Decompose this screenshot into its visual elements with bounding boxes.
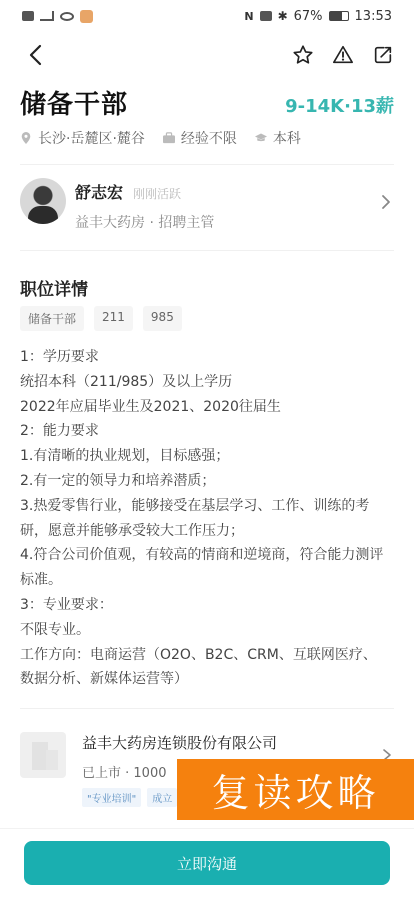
- experience-text: 经验不限: [181, 128, 237, 148]
- battery-icon: [329, 11, 349, 21]
- app-notification-icon: [80, 10, 93, 23]
- divider: [20, 164, 394, 165]
- nav-actions: [290, 40, 396, 70]
- clock: 13:53: [355, 9, 392, 24]
- description-line: 不限专业。: [20, 618, 390, 643]
- location: 长沙·岳麓区·麓谷: [20, 128, 145, 148]
- job-tags: 储备干部 211 985: [20, 306, 182, 331]
- favorite-button[interactable]: [290, 40, 316, 70]
- chat-now-button[interactable]: 立即沟通: [24, 841, 390, 885]
- company-info: 已上市 · 1000: [82, 762, 166, 781]
- recruiter-company-role: 益丰大药房 · 招聘主管: [75, 212, 214, 232]
- job-header: 储备干部 9-14K·13薪: [20, 84, 394, 124]
- nav-bar: [0, 38, 414, 74]
- description-line: 4.符合公司价值观，有较高的情商和逆境商，符合能力测评标准。: [20, 543, 390, 593]
- job-salary: 9-14K·13薪: [285, 92, 394, 118]
- description-line: 1：学历要求: [20, 345, 390, 370]
- bottom-bar: 立即沟通: [0, 828, 414, 898]
- description-line: 2022年应届毕业生及2021、2020往届生: [20, 395, 390, 420]
- alert-icon: [332, 44, 354, 66]
- company-tag: 成立: [147, 788, 177, 807]
- job-tag: 211: [94, 306, 133, 331]
- battery-percent: 67%: [294, 9, 323, 24]
- star-icon: [292, 44, 314, 66]
- divider: [20, 708, 394, 709]
- avatar: [20, 178, 66, 224]
- eye-icon: [60, 12, 74, 21]
- sim-icon: [22, 11, 34, 21]
- description-line: 工作方向：电商运营（O2O、B2C、CRM、互联网医疗、数据分析、新媒体运营等）: [20, 643, 390, 693]
- company-name: 益丰大药房连锁股份有限公司: [82, 732, 277, 753]
- company-tags: "专业培训" 成立: [82, 788, 177, 807]
- share-icon: [372, 44, 394, 66]
- status-bar: N ✱ 67% 13:53: [0, 0, 414, 32]
- briefcase-icon: [163, 132, 175, 144]
- job-tag: 储备干部: [20, 306, 84, 331]
- mute-icon: [260, 11, 272, 21]
- recruiter-card[interactable]: 舒志宏 刚刚活跃 益丰大药房 · 招聘主管: [20, 178, 394, 240]
- signal-icon: [40, 11, 54, 21]
- job-title: 储备干部: [20, 84, 128, 121]
- company-logo: [20, 732, 66, 778]
- description-line: 3.热爱零售行业，能够接受在基层学习、工作、训练的考研，愿意并能够承受较大工作压…: [20, 494, 390, 544]
- recruiter-name-line: 舒志宏 刚刚活跃: [75, 180, 181, 203]
- watermark-banner: 复读攻略: [177, 759, 414, 820]
- recruiter-status: 刚刚活跃: [133, 185, 181, 202]
- status-left: [22, 10, 93, 23]
- description-line: 1.有清晰的执业规划，目标感强；: [20, 444, 390, 469]
- nfc-icon: N: [244, 10, 253, 23]
- description-line: 统招本科（211/985）及以上学历: [20, 370, 390, 395]
- chevron-right-icon: [378, 194, 394, 210]
- chevron-left-icon: [28, 44, 42, 66]
- divider: [20, 250, 394, 251]
- recruiter-name: 舒志宏: [75, 180, 123, 203]
- education-text: 本科: [273, 128, 301, 148]
- section-title: 职位详情: [20, 275, 88, 300]
- share-button[interactable]: [370, 40, 396, 70]
- report-button[interactable]: [330, 40, 356, 70]
- description-line: 2.有一定的领导力和培养潜质；: [20, 469, 390, 494]
- status-right: N ✱ 67% 13:53: [244, 9, 392, 24]
- location-pin-icon: [20, 132, 32, 144]
- job-tag: 985: [143, 306, 182, 331]
- back-button[interactable]: [20, 40, 50, 70]
- description-line: 2：能力要求: [20, 419, 390, 444]
- company-tag: "专业培训": [82, 788, 141, 807]
- job-description: 1：学历要求 统招本科（211/985）及以上学历 2022年应届毕业生及202…: [20, 345, 390, 692]
- description-line: 3：专业要求：: [20, 593, 390, 618]
- bluetooth-icon: ✱: [278, 9, 288, 23]
- education: 本科: [255, 128, 301, 148]
- experience: 经验不限: [163, 128, 237, 148]
- job-meta: 长沙·岳麓区·麓谷 经验不限 本科: [20, 128, 313, 148]
- graduation-cap-icon: [255, 132, 267, 144]
- location-text: 长沙·岳麓区·麓谷: [38, 128, 145, 148]
